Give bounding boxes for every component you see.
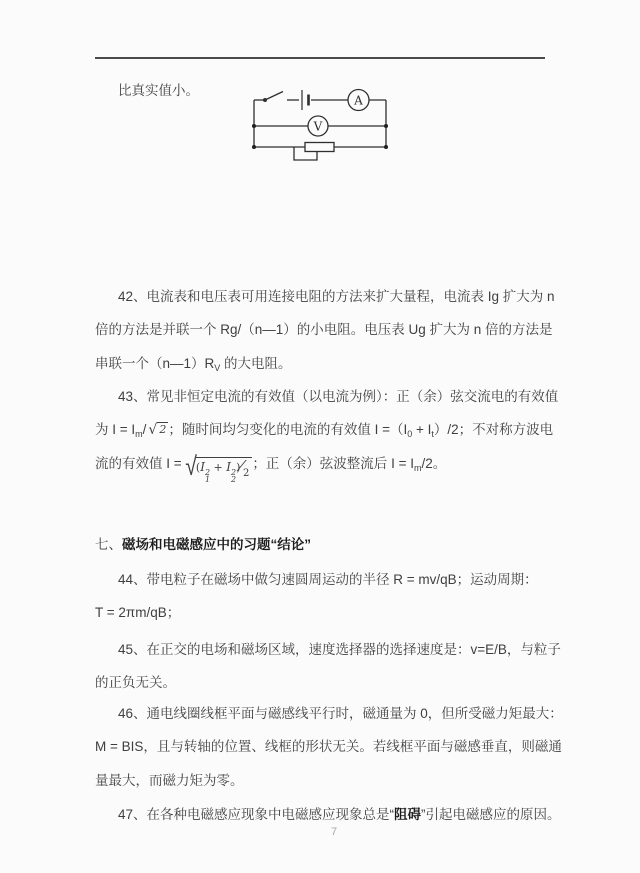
section-heading-line: 七、磁场和电磁感应中的习题“结论” (95, 528, 575, 561)
document-page: 比真实值小。 A V (0, 0, 640, 873)
text-line: 量最大，而磁力矩为零。 (95, 764, 575, 797)
intro-text: 比真实值小。 (118, 74, 199, 107)
page-number: 7 (331, 827, 337, 838)
voltmeter-label: V (313, 120, 323, 134)
text-line: 为 I = Im/√2；随时间均匀变化的电流的有效值 I =（I0 + It）/… (95, 413, 575, 446)
text-line: 流的有效值 I = √(I21 + I22)⁄2；正（余）弦波整流后 I = I… (95, 447, 575, 480)
text-line: 45、在正交的电场和磁场区域，速度选择器的选择速度是：v=E/B，与粒子 (95, 633, 575, 666)
intro-text-label: 比真实值小。 (118, 83, 199, 98)
ammeter-icon: A (348, 90, 369, 111)
paragraph-44: 44、带电粒子在磁场中做匀速圆周运动的半径 R = mv/qB；运动周期：T =… (95, 563, 575, 630)
paragraph-43: 43、常见非恒定电流的有效值（以电流为例）：正（余）弦交流电的有效值为 I = … (95, 380, 575, 480)
circuit-diagram: A V (245, 85, 395, 170)
text-line: 43、常见非恒定电流的有效值（以电流为例）：正（余）弦交流电的有效值 (95, 380, 575, 413)
text-line: 串联一个（n—1）RV 的大电阻。 (95, 347, 575, 380)
paragraph-45: 45、在正交的电场和磁场区域，速度选择器的选择速度是：v=E/B，与粒子的正负无… (95, 633, 575, 700)
text-line: 46、通电线圈线框平面与磁感线平行时，磁通量为 0，但所受磁力矩最大： (95, 697, 575, 730)
top-divider-line (95, 57, 545, 59)
text-line: T = 2πm/qB； (95, 596, 575, 629)
text-line: 42、电流表和电压表可用连接电阻的方法来扩大量程，电流表 Ig 扩大为 n (95, 280, 575, 313)
battery-icon (302, 90, 309, 110)
paragraph-46: 46、通电线圈线框平面与磁感线平行时，磁通量为 0，但所受磁力矩最大：M = B… (95, 697, 575, 797)
section-heading: 七、磁场和电磁感应中的习题“结论” (95, 528, 575, 561)
switch-icon (263, 92, 283, 103)
text-line: 倍的方法是并联一个 Rg/（n—1）的小电阻。电压表 Ug 扩大为 n 倍的方法… (95, 313, 575, 346)
text-line: 的正负无关。 (95, 666, 575, 699)
paragraph-42: 42、电流表和电压表可用连接电阻的方法来扩大量程，电流表 Ig 扩大为 n倍的方… (95, 280, 575, 380)
ammeter-label: A (353, 94, 363, 108)
text-line: 44、带电粒子在磁场中做匀速圆周运动的半径 R = mv/qB；运动周期： (95, 563, 575, 596)
voltmeter-icon: V (308, 116, 328, 136)
rheostat-icon (294, 143, 334, 161)
text-line: M = BIS，且与转轴的位置、线框的形状无关。若线框平面与磁感垂直，则磁通 (95, 730, 575, 763)
